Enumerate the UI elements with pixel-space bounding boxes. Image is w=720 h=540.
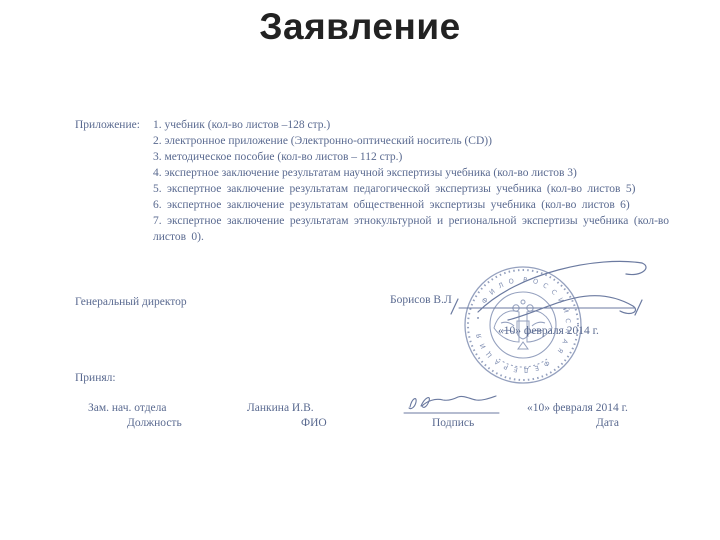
slide-background: Заявление Приложение: 1. учебник (кол-во… (0, 0, 720, 540)
received-name-caption: ФИО (301, 415, 327, 431)
attachments-block: Приложение: 1. учебник (кол-во листов –1… (75, 117, 669, 245)
director-name: Борисов В.Л (390, 292, 452, 308)
received-position-caption: Должность (127, 415, 182, 431)
received-signature-stroke (421, 396, 496, 407)
attachments-list: 1. учебник (кол-во листов –128 стр.) 2. … (153, 117, 669, 245)
signature-slash-left (451, 299, 458, 314)
attachment-item: 5. экспертное заключение результатам пед… (153, 181, 669, 197)
received-date-caption: Дата (596, 415, 619, 431)
director-date: «10» февраля 2014 г. (498, 323, 599, 339)
received-name-value: Ланкина И.В. (247, 400, 314, 416)
scanned-document: Приложение: 1. учебник (кол-во листов –1… (0, 0, 720, 540)
received-signature-stroke (409, 399, 416, 409)
received-date-value: «10» февраля 2014 г. (527, 400, 628, 416)
received-signature (402, 393, 502, 417)
attachments-label: Приложение: (75, 117, 153, 245)
received-signature-caption: Подпись (432, 415, 474, 431)
attachment-item: 6. экспертное заключение результатам общ… (153, 197, 669, 213)
signature-flourish-loop (626, 263, 646, 275)
signature-slash-right (635, 300, 642, 315)
received-position-value: Зам. нач. отдела (88, 400, 167, 416)
signature-flourish (478, 261, 642, 312)
attachment-item: 4. экспертное заключение результатам нау… (153, 165, 669, 181)
director-position: Генеральный директор (75, 294, 187, 310)
received-label: Принял: (75, 370, 116, 386)
attachment-item: 1. учебник (кол-во листов –128 стр.) (153, 117, 669, 133)
attachment-item: 7. экспертное заключение результатам этн… (153, 213, 669, 245)
attachment-item: 2. электронное приложение (Электронно-оп… (153, 133, 669, 149)
attachment-item: 3. методическое пособие (кол-во листов –… (153, 149, 669, 165)
